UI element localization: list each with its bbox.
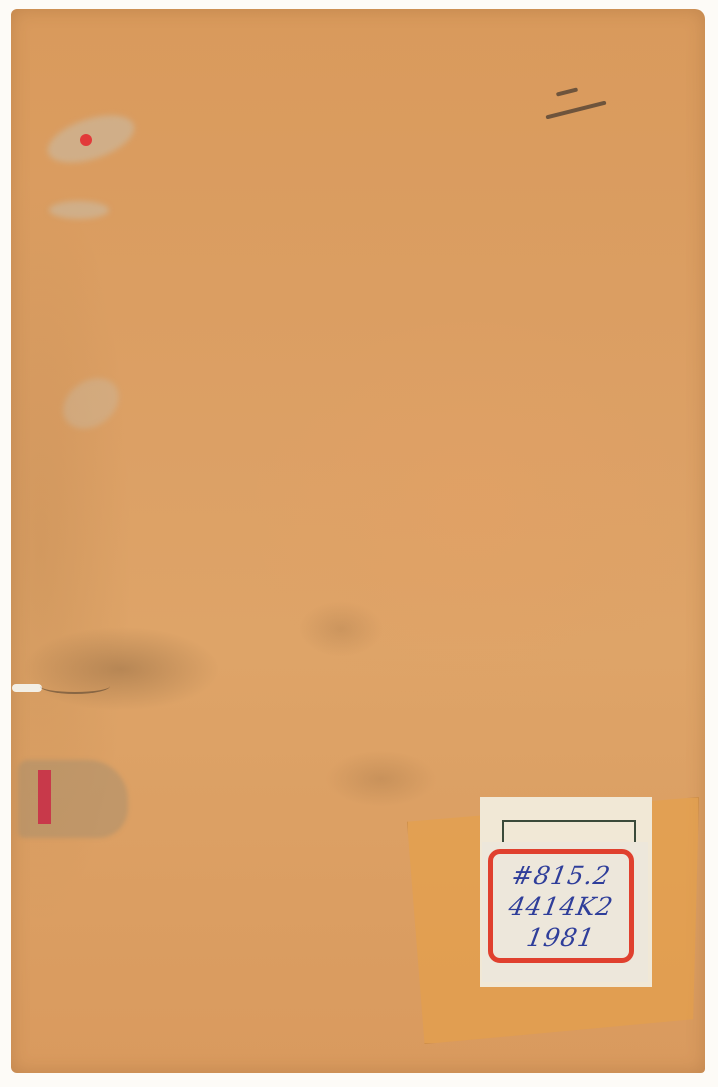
call-number-line-1: #815.2	[509, 860, 613, 891]
red-tab	[38, 770, 51, 824]
worn-spot	[49, 201, 109, 219]
red-mark	[80, 134, 92, 146]
call-number-line-2: 4414K2	[506, 891, 616, 922]
label-bracket	[502, 820, 636, 844]
call-number-frame: #815.2 4414K2 1981	[488, 849, 634, 963]
worn-spot	[54, 368, 129, 439]
crease	[40, 678, 110, 694]
adhesive-residue	[18, 760, 128, 838]
call-number-line-3: 1981	[524, 922, 597, 953]
edge-tear	[12, 684, 42, 692]
